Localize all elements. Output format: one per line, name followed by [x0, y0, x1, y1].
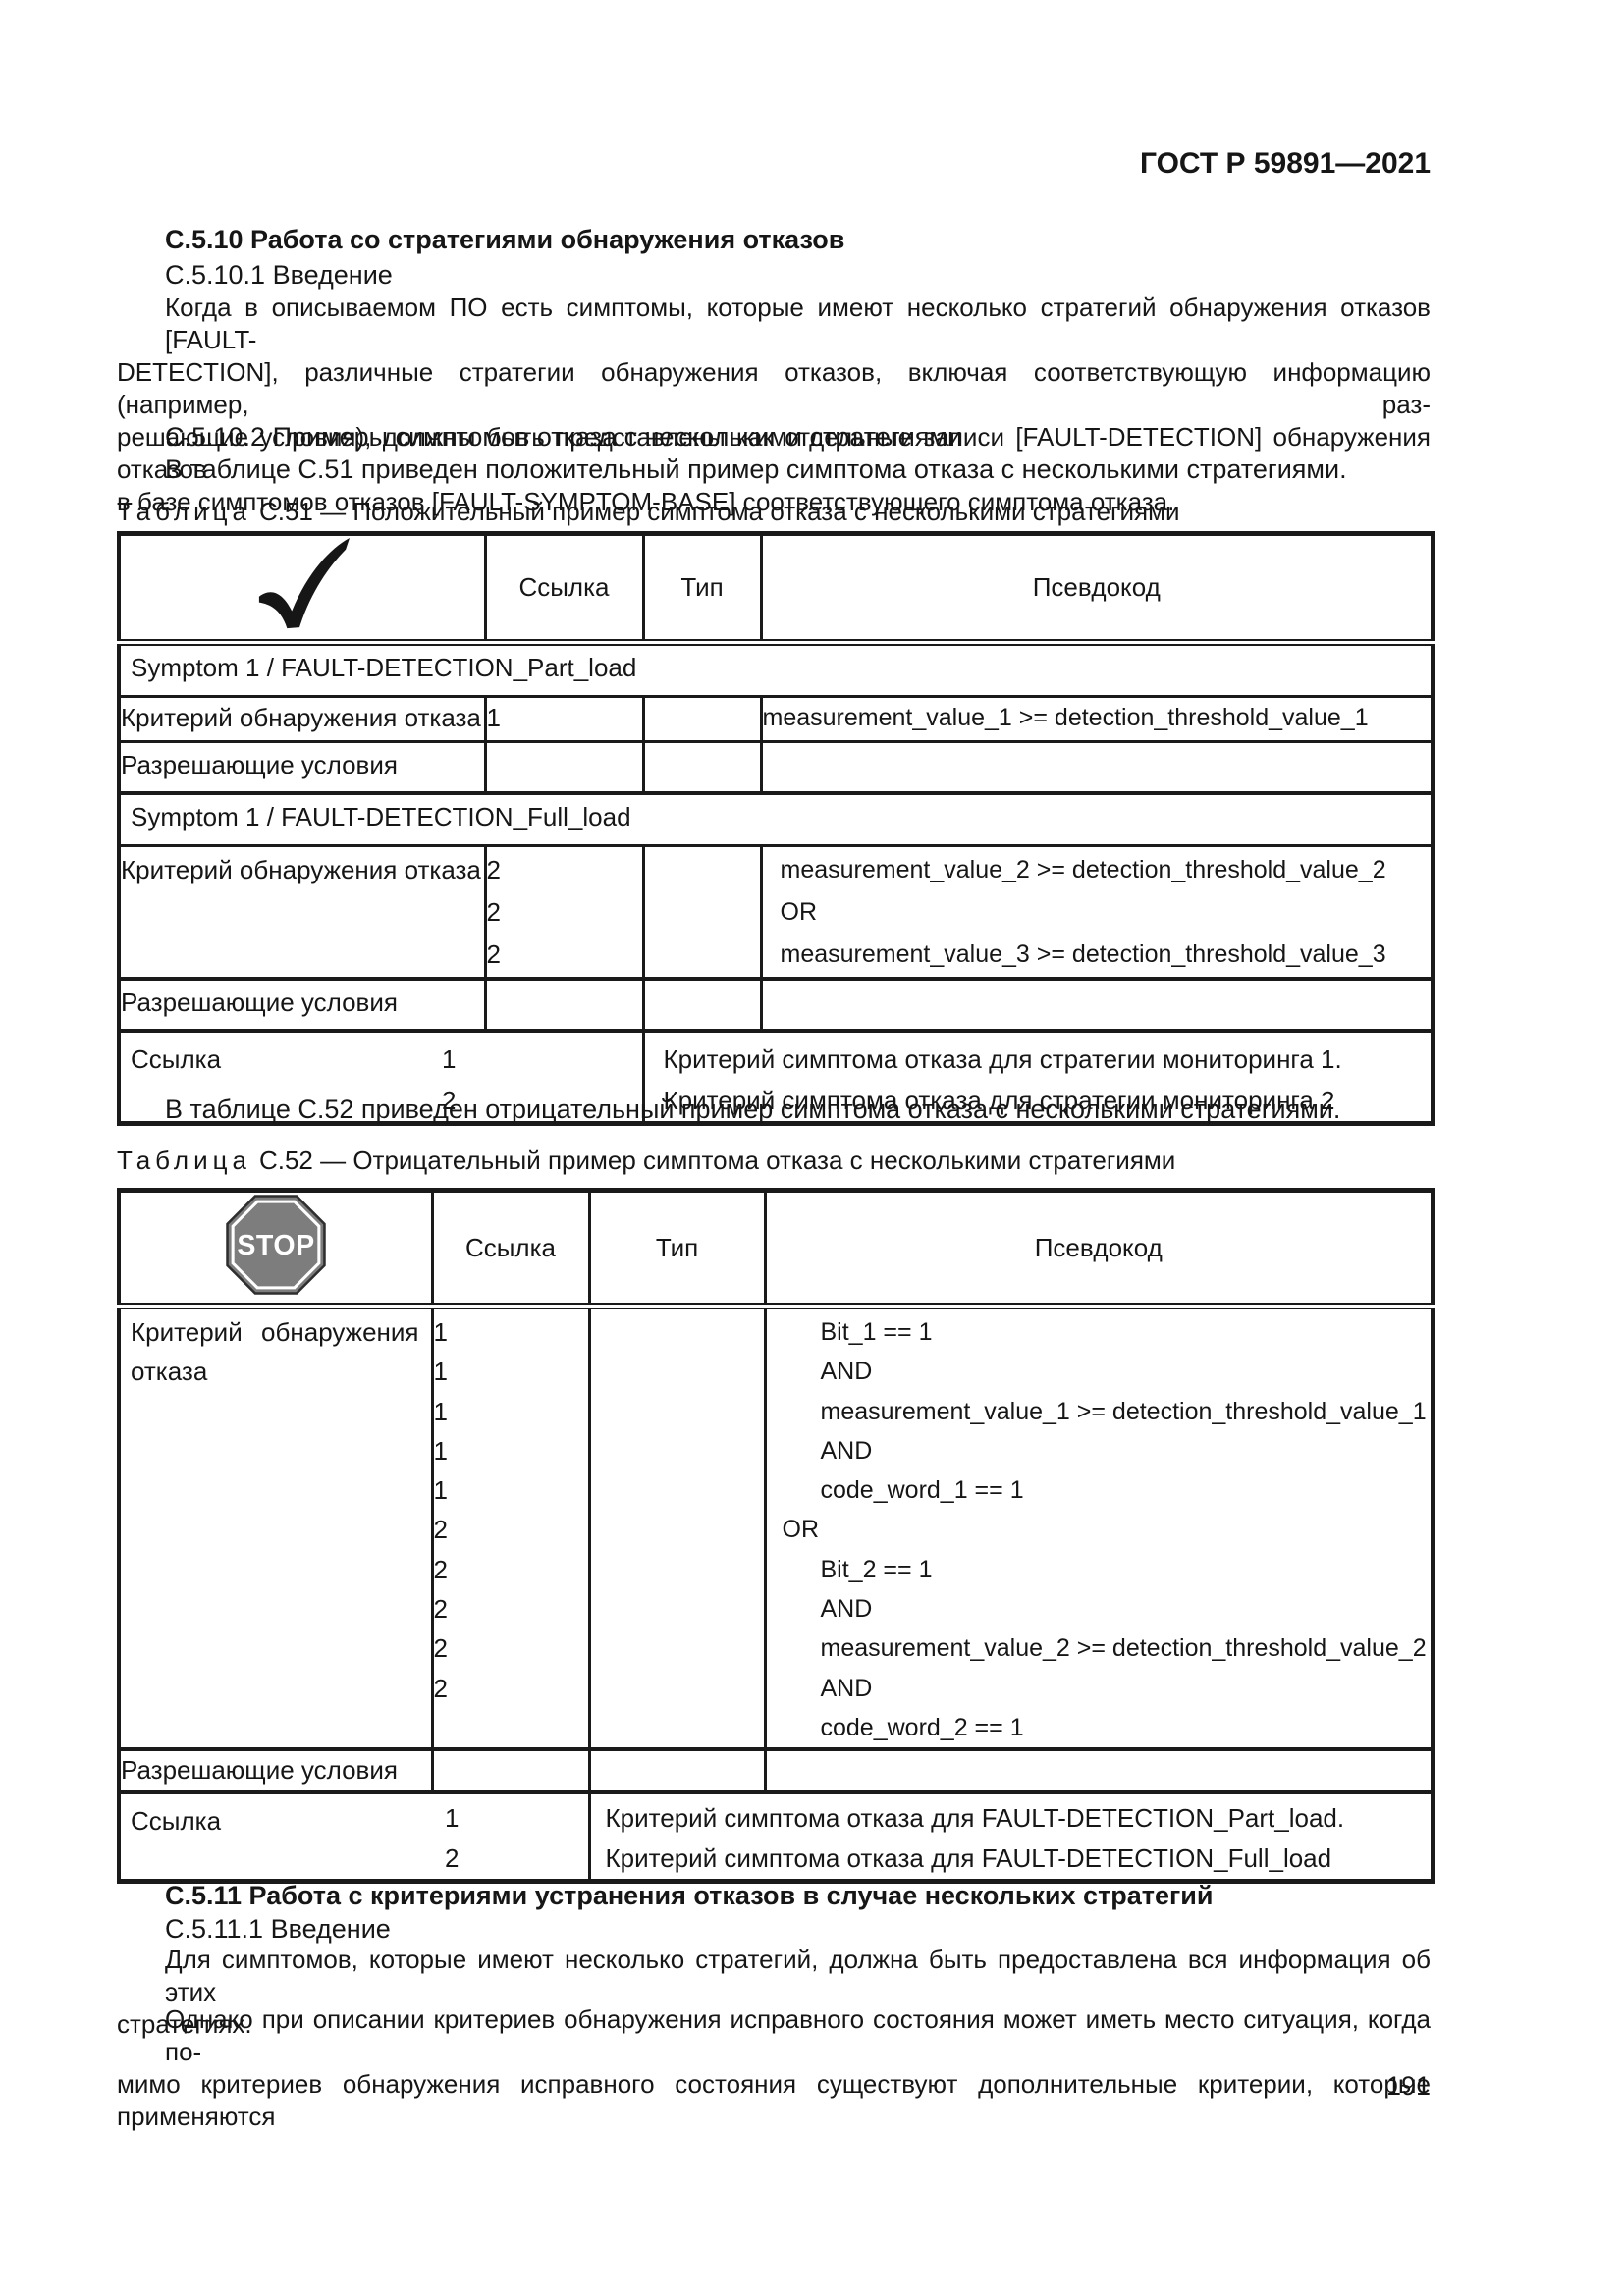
ref-value: 1 [442, 1039, 642, 1080]
pseudocode-line: measurement_value_1 >= detection_thresho… [767, 1392, 1432, 1431]
paragraph-line: Однако при описании критериев обнаружени… [117, 2003, 1431, 2068]
symptom-band: Symptom 1 / FAULT-DETECTION_Full_load [119, 793, 1433, 846]
ref-value: 2 [434, 1589, 588, 1629]
table-row: Разрешающие условия [119, 979, 1433, 1031]
table-header-row: STOP Ссылка Тип Псевдокод [119, 1191, 1433, 1307]
table-row: Разрешающие условия [119, 742, 1433, 794]
pseudocode-line: OR [763, 891, 1432, 934]
ref-value: 1 [434, 1392, 588, 1431]
ref-cell: 1 1 1 1 1 2 2 2 2 2 [432, 1307, 589, 1750]
caption-word: Таблица [117, 1146, 251, 1175]
pseudocode-line: AND [767, 1669, 1432, 1708]
row-label: Критерий обнаружения отказа [119, 1307, 432, 1750]
code-cell: measurement_value_2 >= detection_thresho… [761, 846, 1433, 980]
row-label: Ссылка [131, 1802, 221, 1840]
code-cell [761, 979, 1433, 1031]
col-header-code: Псевдокод [761, 534, 1433, 643]
row-label: Критерий обнаружения отказа [119, 697, 485, 742]
ref-value: 1 [434, 1312, 588, 1352]
code-cell [761, 742, 1433, 794]
pseudocode-line: AND [767, 1352, 1432, 1391]
pseudocode-line: measurement_value_2 >= detection_thresho… [767, 1629, 1432, 1668]
table-row: Разрешающие условия [119, 1749, 1433, 1792]
ref-cell: 2 2 2 [485, 846, 643, 980]
stop-text: STOP [237, 1230, 314, 1261]
subsection-c5102: С.5.10.2 Примеры симптомов отказа с неск… [165, 421, 962, 453]
paragraph-line: DETECTION], различные стратегии обнаруже… [117, 356, 1431, 421]
document-header: ГОСТ Р 59891—2021 [117, 147, 1431, 181]
row-label-text: Критерий обнаружения отказа [121, 849, 484, 891]
pseudocode-line: measurement_value_2 >= detection_thresho… [763, 849, 1432, 891]
paragraph-however: Однако при описании критериев обнаружени… [117, 2003, 1431, 2133]
table-c52-caption: ТаблицаС.52 — Отрицательный пример симпт… [117, 1146, 1431, 1176]
pseudocode-line: AND [767, 1589, 1432, 1629]
note-table-c51: В таблице С.51 приведен положительный пр… [165, 454, 1347, 485]
stop-cell: STOP [119, 1191, 432, 1307]
subsection-c5101: С.5.10.1 Введение [165, 259, 393, 291]
col-header-ref: Ссылка [485, 534, 643, 643]
ref-value: 2 [445, 1839, 588, 1879]
pseudocode-line: Bit_2 == 1 [767, 1550, 1432, 1589]
code-cell [765, 1749, 1433, 1792]
table-row: Критерий обнаружения отказа 2 2 2 measur… [119, 846, 1433, 980]
table-row: Ссылка 1 2 Критерий симптома отказа для … [119, 1792, 1433, 1882]
checkmark-icon [251, 536, 353, 639]
table-row: Критерий обнаружения отказа 1 measuremen… [119, 697, 1433, 742]
table-c52: STOP Ссылка Тип Псевдокод Критерий обнар… [117, 1188, 1435, 1884]
row-label: Ссылка [131, 1041, 221, 1078]
table-header-row: Ссылка Тип Псевдокод [119, 534, 1433, 643]
table-row: Symptom 1 / FAULT-DETECTION_Full_load [119, 793, 1433, 846]
pseudocode-line: code_word_1 == 1 [767, 1470, 1432, 1510]
table-row: Symptom 1 / FAULT-DETECTION_Part_load [119, 643, 1433, 697]
symptom-band: Symptom 1 / FAULT-DETECTION_Part_load [119, 643, 1433, 697]
row-label: Разрешающие условия [119, 979, 485, 1031]
section-title-c510: С.5.10 Работа со стратегиями обнаружения… [165, 224, 844, 255]
ref-value: 2 [487, 891, 642, 934]
ref-value: 1 [434, 1470, 588, 1510]
table-c51-caption: ТаблицаС.51 — Положительный пример симпт… [117, 497, 1431, 527]
ref-value: 1 [434, 1431, 588, 1470]
paragraph-line: Для симптомов, которые имеют несколько с… [117, 1944, 1431, 2008]
col-header-type: Тип [643, 534, 761, 643]
stop-icon: STOP [226, 1195, 326, 1302]
row-label: Критерий обнаружения отказа [119, 846, 485, 980]
caption-text: С.52 — Отрицательный пример симптома отк… [259, 1146, 1175, 1175]
col-header-ref: Ссылка [432, 1191, 589, 1307]
note-table-c52: В таблице С.52 приведен отрицательный пр… [165, 1094, 1340, 1125]
row-label: Разрешающие условия [119, 742, 485, 794]
caption-word: Таблица [117, 497, 251, 526]
type-cell [643, 979, 761, 1031]
type-cell [589, 1749, 765, 1792]
ref-value: 1 [434, 1352, 588, 1391]
section-title-c511: С.5.11 Работа с критериями устранения от… [165, 1880, 1213, 1911]
ref-value: 1 [485, 697, 643, 742]
pseudocode-line: measurement_value_3 >= detection_thresho… [763, 934, 1432, 976]
ref-value: 1 [445, 1798, 588, 1839]
type-cell [643, 697, 761, 742]
table-c51: Ссылка Тип Псевдокод Symptom 1 / FAULT-D… [117, 531, 1435, 1126]
subsection-c5111: С.5.11.1 Введение [165, 1913, 391, 1945]
pseudocode-line: AND [767, 1431, 1432, 1470]
caption-text: С.51 — Положительный пример симптома отк… [259, 497, 1180, 526]
ref-value: 2 [487, 849, 642, 891]
table-row: Критерий обнаружения отказа 1 1 1 1 1 2 … [119, 1307, 1433, 1750]
type-cell [643, 846, 761, 980]
link-text: Критерий симптома отказа для FAULT-DETEC… [591, 1798, 1432, 1839]
document-page: ГОСТ Р 59891—2021 С.5.10 Работа со страт… [0, 0, 1624, 2296]
ref-value: 2 [487, 934, 642, 976]
code-cell: Bit_1 == 1 AND measurement_value_1 >= de… [765, 1307, 1433, 1750]
pseudocode-line: code_word_2 == 1 [767, 1708, 1432, 1747]
type-cell [643, 742, 761, 794]
ref-cell [432, 1749, 589, 1792]
link-text: Критерий симптома отказа для FAULT-DETEC… [591, 1839, 1432, 1879]
paragraph-line: Когда в описываемом ПО есть симптомы, ко… [117, 292, 1431, 356]
ref-cell [485, 979, 643, 1031]
row-label-text: Критерий обнаружения отказа [121, 1312, 431, 1392]
ref-value: 2 [434, 1510, 588, 1549]
ref-value: 2 [434, 1669, 588, 1708]
pseudocode-line: measurement_value_1 >= detection_thresho… [761, 697, 1433, 742]
link-label-cell: Ссылка 1 2 [119, 1792, 589, 1882]
checkmark-cell [119, 534, 485, 643]
col-header-code: Псевдокод [765, 1191, 1433, 1307]
link-text: Критерий симптома отказа для стратегии м… [645, 1039, 1432, 1080]
link-text-cell: Критерий симптома отказа для FAULT-DETEC… [589, 1792, 1433, 1882]
ref-value: 2 [434, 1550, 588, 1589]
page-number: 191 [117, 2071, 1431, 2102]
ref-value: 2 [434, 1629, 588, 1668]
col-header-type: Тип [589, 1191, 765, 1307]
type-cell [589, 1307, 765, 1750]
row-label: Разрешающие условия [119, 1749, 432, 1792]
ref-cell [485, 742, 643, 794]
pseudocode-line: Bit_1 == 1 [767, 1312, 1432, 1352]
pseudocode-line: OR [767, 1510, 1432, 1549]
